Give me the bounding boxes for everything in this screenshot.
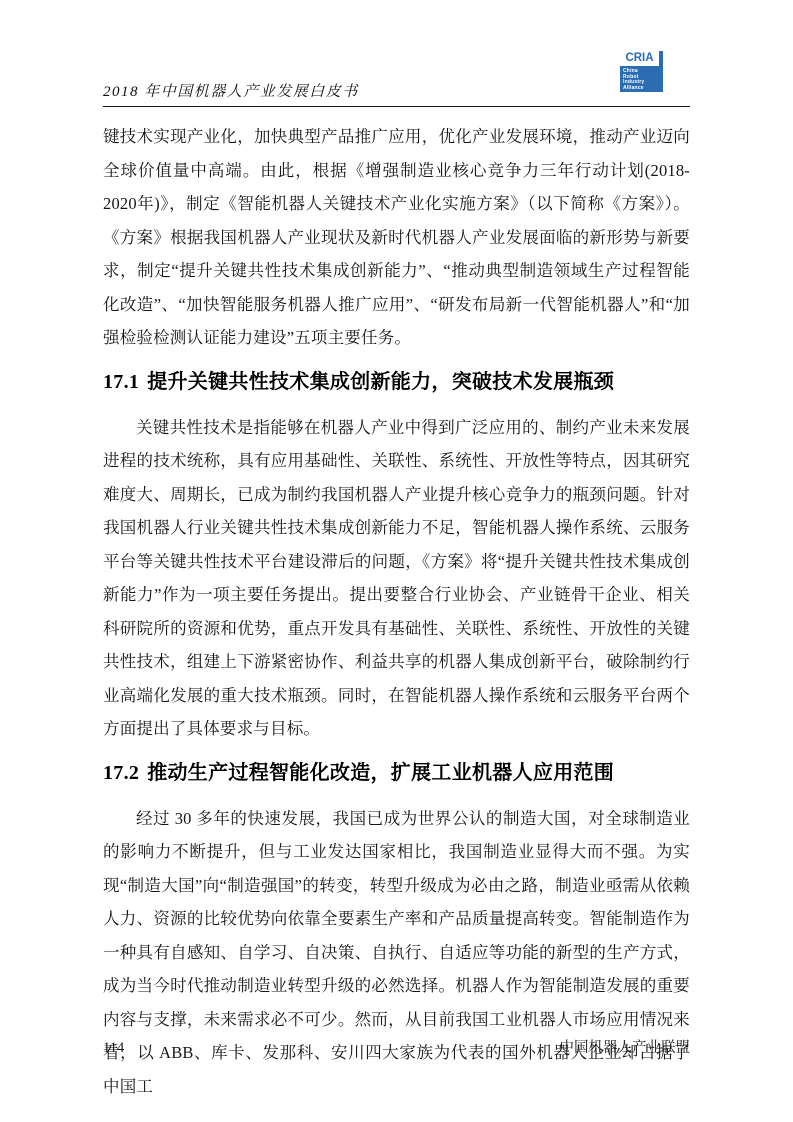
document-header-title: 2018 年中国机器人产业发展白皮书 xyxy=(103,80,690,101)
document-page: CRIA China Robot Industry Alliance 2018 … xyxy=(0,0,793,1122)
page-footer: 114 中国机器人产业联盟 xyxy=(103,1036,690,1057)
section-body-17-2: 经过 30 多年的快速发展，我国已成为世界公认的制造大国，对全球制造业的影响力不… xyxy=(103,802,690,1104)
section-heading-17-2: 17.2推动生产过程智能化改造，扩展工业机器人应用范围 xyxy=(103,760,690,787)
section-body-17-1: 关键共性技术是指能够在机器人产业中得到广泛应用的、制约产业未来发展进程的技术统称… xyxy=(103,411,690,746)
section-number: 17.2 xyxy=(103,762,139,784)
section-number: 17.1 xyxy=(103,371,139,393)
page-content: 2018 年中国机器人产业发展白皮书 键技术实现产业化，加快典型产品推广应用，优… xyxy=(103,0,690,1103)
section-heading-17-1: 17.1提升关键共性技术集成创新能力，突破技术发展瓶颈 xyxy=(103,369,690,396)
section-title: 提升关键共性技术集成创新能力，突破技术发展瓶颈 xyxy=(147,371,614,393)
page-number: 114 xyxy=(103,1040,124,1057)
header-divider xyxy=(103,106,690,107)
footer-organization: 中国机器人产业联盟 xyxy=(560,1036,691,1057)
intro-paragraph: 键技术实现产业化，加快典型产品推广应用，优化产业发展环境，推动产业迈向全球价值量… xyxy=(103,120,690,355)
section-title: 推动生产过程智能化改造，扩展工业机器人应用范围 xyxy=(147,762,614,784)
